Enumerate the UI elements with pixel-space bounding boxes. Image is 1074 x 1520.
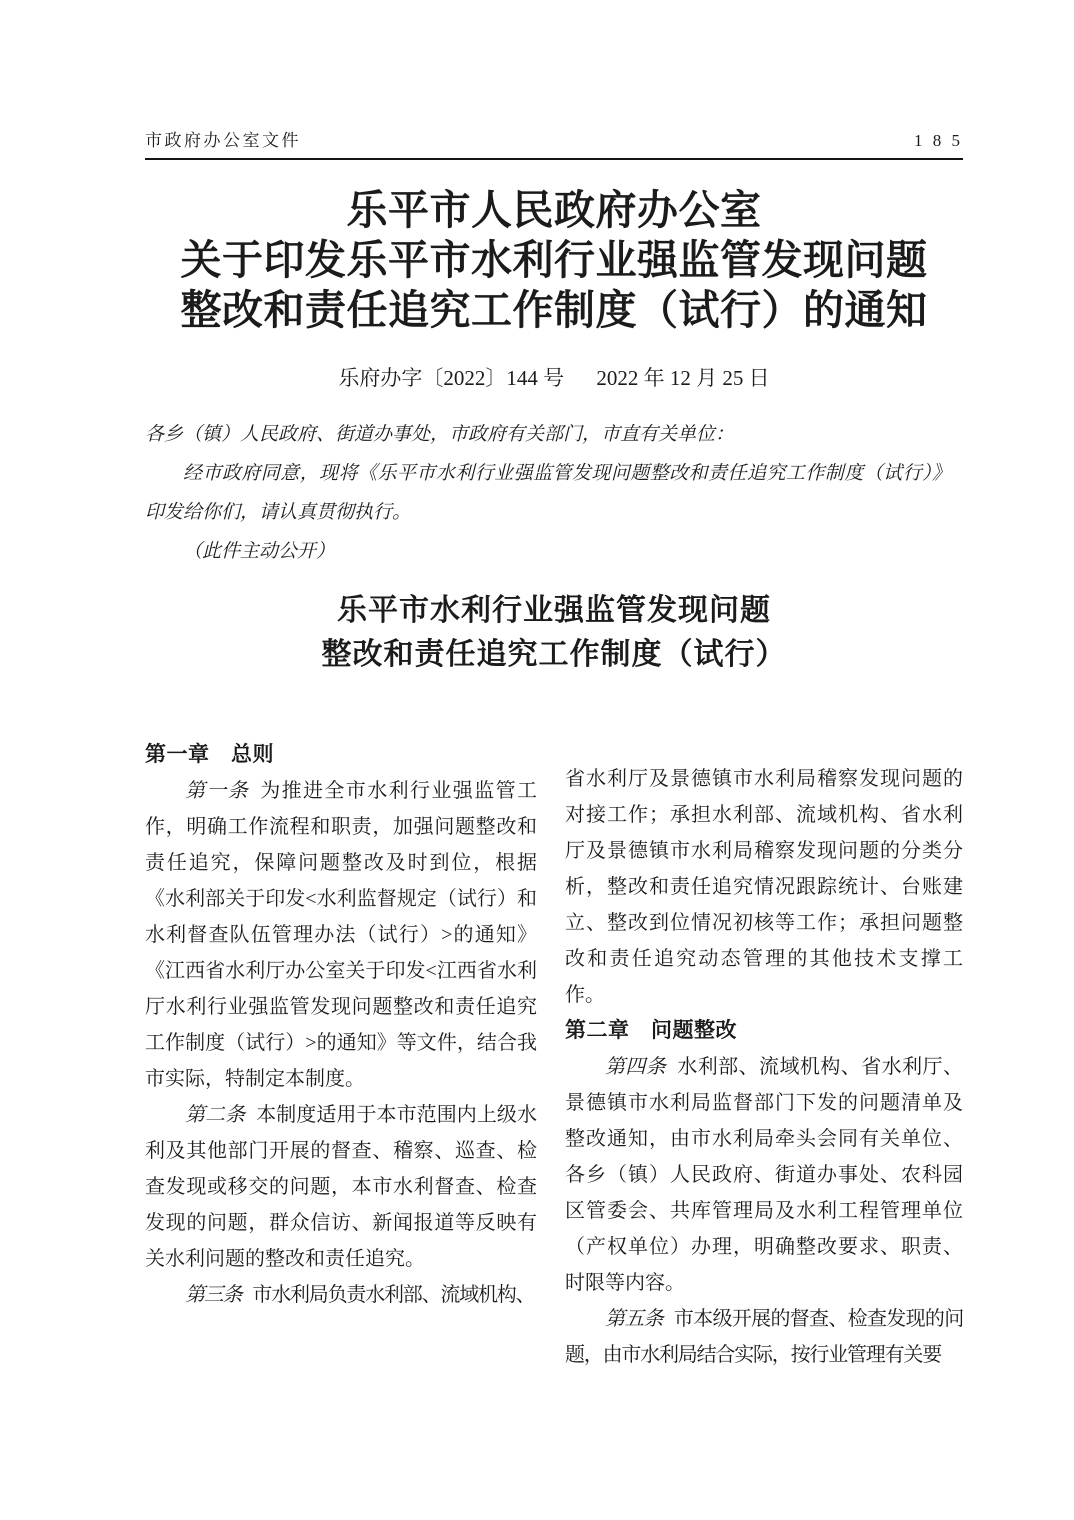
document-title-line-3: 整改和责任追究工作制度（试行）的通知	[145, 285, 963, 335]
document-title-line-1: 乐平市人民政府办公室	[145, 185, 963, 235]
chapter-1-heading: 第一章 总则	[145, 737, 537, 773]
chapter-2-heading: 第二章 问题整改	[565, 1013, 963, 1049]
article-3-text: 市水利局负责水利部、流域机构、	[252, 1284, 534, 1306]
article-5-label: 第五条	[605, 1308, 663, 1330]
document-title: 乐平市人民政府办公室 关于印发乐平市水利行业强监管发现问题 整改和责任追究工作制…	[145, 185, 963, 335]
page-masthead: 市政府办公室文件 1 8 5	[145, 126, 963, 151]
document-page: 市政府办公室文件 1 8 5 乐平市人民政府办公室 关于印发乐平市水利行业强监管…	[0, 0, 1074, 1520]
intro-section: 各乡（镇）人民政府、街道办事处，市政府有关部门，市直有关单位： 经市政府同意，现…	[145, 415, 951, 571]
attachment-title-line-2: 整改和责任追究工作制度（试行）	[145, 633, 963, 677]
doc-number-line: 乐府办字〔2022〕144 号 2022 年 12 月 25 日	[145, 362, 963, 392]
left-column: 第一章 总则 第一条为推进全市水利行业强监管工作，明确工作流程和职责，加强问题整…	[145, 737, 537, 1373]
article-3-paragraph: 第三条市水利局负责水利部、流域机构、	[145, 1277, 537, 1313]
article-3-label: 第三条	[185, 1284, 241, 1306]
intro-public-note: （此件主动公开）	[145, 532, 951, 571]
article-1-text: 为推进全市水利行业强监管工作，明确工作流程和职责，加强问题整改和责任追究，保障问…	[145, 780, 537, 1090]
article-2-paragraph: 第二条本制度适用于本市范围内上级水利及其他部门开展的督查、稽察、巡查、检查发现或…	[145, 1097, 537, 1277]
attachment-title-line-1: 乐平市水利行业强监管发现问题	[145, 589, 963, 633]
article-1-label: 第一条	[185, 780, 249, 802]
doc-number: 乐府办字〔2022〕144 号	[338, 366, 564, 390]
doc-date: 2022 年 12 月 25 日	[596, 366, 769, 390]
intro-body: 经市政府同意，现将《乐平市水利行业强监管发现问题整改和责任追究工作制度（试行）》…	[145, 454, 951, 532]
two-column-body: 第一章 总则 第一条为推进全市水利行业强监管工作，明确工作流程和职责，加强问题整…	[145, 737, 963, 1373]
article-5-paragraph: 第五条市本级开展的督查、检查发现的问题，由市水利局结合实际，按行业管理有关要	[565, 1301, 963, 1373]
page-number: 1 8 5	[914, 131, 963, 151]
article-4-label: 第四条	[605, 1056, 666, 1078]
article-4-text: 水利部、流域机构、省水利厅、景德镇市水利局监督部门下发的问题清单及整改通知，由市…	[565, 1056, 963, 1294]
right-column: 省水利厅及景德镇市水利局稽察发现问题的对接工作；承担水利部、流域机构、省水利厅及…	[565, 737, 963, 1373]
masthead-doc-type: 市政府办公室文件	[145, 126, 301, 151]
attachment-title: 乐平市水利行业强监管发现问题 整改和责任追究工作制度（试行）	[145, 589, 963, 677]
article-2-text: 本制度适用于本市范围内上级水利及其他部门开展的督查、稽察、巡查、检查发现或移交的…	[145, 1104, 537, 1270]
article-1-paragraph: 第一条为推进全市水利行业强监管工作，明确工作流程和职责，加强问题整改和责任追究，…	[145, 773, 537, 1097]
article-3-continuation-text: 省水利厅及景德镇市水利局稽察发现问题的对接工作；承担水利部、流域机构、省水利厅及…	[565, 761, 963, 1013]
article-2-label: 第二条	[185, 1104, 245, 1126]
article-4-paragraph: 第四条水利部、流域机构、省水利厅、景德镇市水利局监督部门下发的问题清单及整改通知…	[565, 1049, 963, 1301]
document-title-line-2: 关于印发乐平市水利行业强监管发现问题	[145, 235, 963, 285]
intro-salutation: 各乡（镇）人民政府、街道办事处，市政府有关部门，市直有关单位：	[145, 415, 951, 454]
masthead-rule	[145, 158, 963, 160]
